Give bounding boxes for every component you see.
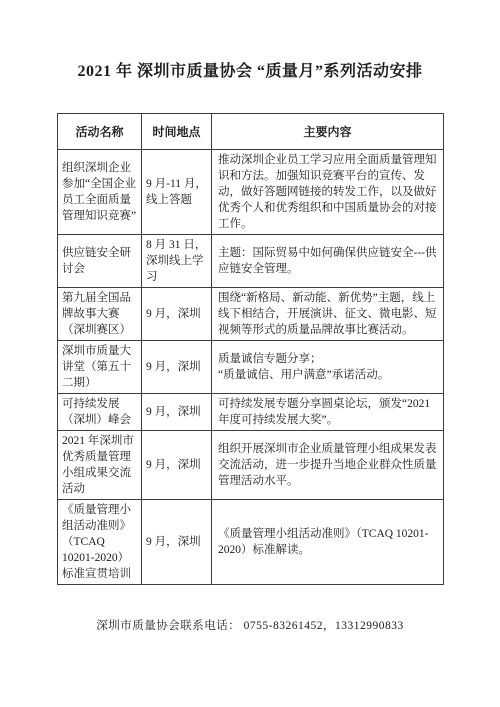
main-content-cell: 质量诚信专题分享； “质量诚信、用户满意”承诺活动。: [212, 341, 444, 394]
activity-name-cell: 组织深圳企业参加“全国企业员工全面质量管理知识竞赛”: [58, 150, 142, 235]
main-content-cell: 可持续发展专题分享圆桌论坛，颁发“2021年度可持续发展大奖”。: [212, 394, 444, 431]
activity-name-cell: 2021 年深圳市优秀质量管理小组成果交流活动: [58, 431, 142, 500]
activity-name-cell: 供应链安全研讨会: [58, 235, 142, 288]
time-location-cell: 9 月，深圳: [142, 341, 212, 394]
table-row: 第九届全国品牌故事大赛（深圳赛区）9 月，深圳围绕“新格局、新动能、新优势”主题…: [58, 288, 444, 341]
table-row: 深圳市质量大讲堂（第五十二期）9 月，深圳质量诚信专题分享； “质量诚信、用户满…: [58, 341, 444, 394]
table-row: 可持续发展（深圳）峰会9 月，深圳可持续发展专题分享圆桌论坛，颁发“2021年度…: [58, 394, 444, 431]
time-location-cell: 9 月，深圳: [142, 500, 212, 585]
table-row: 《质量管理小组活动准则》（TCAQ 10201-2020）标准宣贯培训9 月，深…: [58, 500, 444, 585]
table-row: 2021 年深圳市优秀质量管理小组成果交流活动9 月，深圳组织开展深圳市企业质量…: [58, 431, 444, 500]
main-content-cell: 《质量管理小组活动准则》（TCAQ 10201-2020）标准解读。: [212, 500, 444, 585]
page-title: 2021 年 深圳市质量协会 “质量月”系列活动安排: [0, 0, 500, 81]
time-location-cell: 9 月-11 月，线上答题: [142, 150, 212, 235]
contact-phone-line: 深圳市质量协会联系电话： 0755-83261452，13312990833: [0, 617, 500, 633]
main-content-cell: 推动深圳企业员工学习应用全面质量管理知识和方法。加强知识竞赛平台的宣传、发动，做…: [212, 150, 444, 235]
activities-table: 活动名称 时间地点 主要内容 组织深圳企业参加“全国企业员工全面质量管理知识竞赛…: [57, 113, 444, 585]
document-page: 2021 年 深圳市质量协会 “质量月”系列活动安排 活动名称 时间地点 主要内…: [0, 0, 500, 707]
header-row: 活动名称 时间地点 主要内容: [58, 114, 444, 150]
header-cell-activity-name: 活动名称: [58, 114, 142, 150]
table-row: 组织深圳企业参加“全国企业员工全面质量管理知识竞赛”9 月-11 月，线上答题推…: [58, 150, 444, 235]
time-location-cell: 9 月，深圳: [142, 394, 212, 431]
main-content-cell: 组织开展深圳市企业质量管理小组成果发表交流活动，进一步提升当地企业群众性质量管理…: [212, 431, 444, 500]
main-content-cell: 主题：国际贸易中如何确保供应链安全---供应链安全管理。: [212, 235, 444, 288]
activity-name-cell: 《质量管理小组活动准则》（TCAQ 10201-2020）标准宣贯培训: [58, 500, 142, 585]
time-location-cell: 9 月，深圳: [142, 431, 212, 500]
activity-name-cell: 第九届全国品牌故事大赛（深圳赛区）: [58, 288, 142, 341]
table-body: 组织深圳企业参加“全国企业员工全面质量管理知识竞赛”9 月-11 月，线上答题推…: [58, 150, 444, 585]
main-content-cell: 围绕“新格局、新动能、新优势”主题，线上线下相结合，开展演讲、征文、微电影、短视…: [212, 288, 444, 341]
activity-name-cell: 深圳市质量大讲堂（第五十二期）: [58, 341, 142, 394]
table-header: 活动名称 时间地点 主要内容: [58, 114, 444, 150]
table-row: 供应链安全研讨会8 月 31 日，深圳线上学习主题：国际贸易中如何确保供应链安全…: [58, 235, 444, 288]
activity-name-cell: 可持续发展（深圳）峰会: [58, 394, 142, 431]
time-location-cell: 9 月，深圳: [142, 288, 212, 341]
header-cell-main-content: 主要内容: [212, 114, 444, 150]
header-cell-time-location: 时间地点: [142, 114, 212, 150]
time-location-cell: 8 月 31 日，深圳线上学习: [142, 235, 212, 288]
